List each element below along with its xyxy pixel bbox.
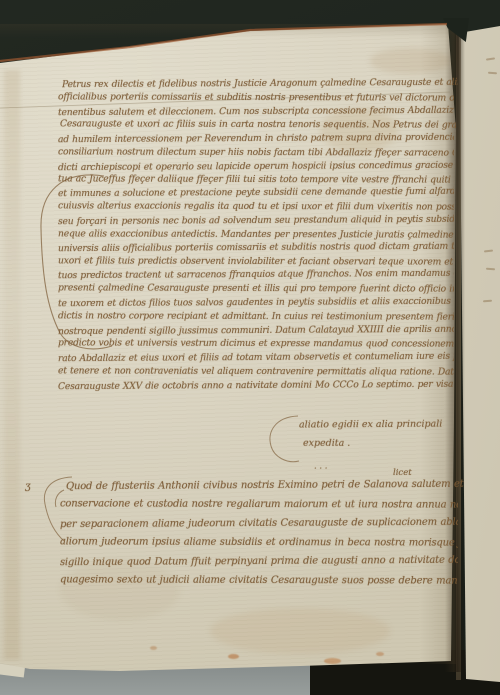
margin-mark: ʒ: [25, 481, 65, 492]
facing-page-ink-trace: [488, 72, 497, 75]
manuscript-line: tua ac Juceffus ffeçer daliique ffeçer f…: [58, 173, 454, 186]
manuscript-line: officialibus porteriis comissariis et su…: [58, 91, 454, 104]
manuscript-line: sigillo inique quod Datum ffuit perpinya…: [60, 554, 458, 569]
manuscript-line: conservacione et custodia nostre regalia…: [60, 497, 458, 511]
manuscript-line: rato Abdallaziz et eius uxori et filiis …: [58, 351, 454, 365]
manuscript-line: Petrus rex dilectis et fidelibus nostris…: [62, 77, 458, 91]
manuscript-line: uxori et filiis tuis predictis observent…: [58, 255, 454, 268]
under-page-edge: [0, 655, 19, 667]
manuscript-line: consiliarium nostrum dilectum super hiis…: [58, 146, 454, 159]
facing-page-ink-trace: [484, 250, 493, 253]
chancery-note-line: expedita .: [303, 438, 463, 451]
desk-surface-gray: [0, 662, 316, 695]
facing-page-ink-trace: [486, 268, 495, 271]
manuscript-line: tuos predictos tractent ut sarracenos ff…: [58, 268, 454, 282]
manuscript-line: nostroque pendenti sigillo jussimus comm…: [58, 324, 454, 338]
ink-dots: · · ·: [314, 463, 354, 475]
chancery-note-line: aliatio egidii ex alia principali: [299, 419, 459, 432]
manuscript-line: ad humilem intercessionem per Reverendum…: [58, 132, 454, 146]
facing-page-ink-trace: [486, 57, 495, 60]
rust-spot: [324, 658, 341, 664]
page-shading: [0, 24, 456, 38]
facing-page-ink-trace: [483, 300, 492, 303]
manuscript-line: et immunes a solucione et prestacione pe…: [58, 186, 454, 200]
manuscript-line: cuiusvis alterius exaccionis regalis ita…: [58, 200, 454, 213]
manuscript-line: te uxorem et dictos filios tuos salvos g…: [58, 296, 454, 310]
interlinear-word: licet: [393, 468, 433, 478]
rust-spot: [150, 646, 157, 650]
manuscript-line: et tenere et non contraveniatis vel aliq…: [58, 365, 454, 378]
book-cover-edge-line: [0, 24, 447, 61]
manuscript-line: aliorum judeorum ipsius aliame subsidiis…: [60, 535, 458, 549]
manuscript-line: presenti çalmedine Cesarauguste presenti…: [58, 282, 454, 295]
manuscript-line: seu forçari in personis nec bonis ad sol…: [58, 214, 454, 228]
paper-stain: [210, 608, 390, 654]
desk-surface-dark: [310, 650, 500, 695]
manuscript-line: universis aliis officialibus porteriis c…: [58, 241, 454, 255]
manuscript-line: per separacionem aliame judeorum civitat…: [60, 516, 458, 531]
manuscript-line: predicto vobis et universis vestrum dici…: [58, 337, 454, 350]
manuscript-line: tenentibus salutem et dileccionem. Cum n…: [58, 105, 454, 119]
rust-spot: [376, 652, 384, 656]
manuscript-line: dictis in nostro corpore recipiant et ad…: [58, 310, 454, 323]
rust-spot: [228, 654, 239, 659]
manuscript-line: Cesarauguste et uxori ac filiis suis in …: [60, 118, 456, 131]
manuscript-line: Cesarauguste XXV die octobris anno a nat…: [58, 379, 454, 393]
manuscript-line: Quod de ffusteriis Anthonii civibus nost…: [66, 478, 464, 493]
manuscript-line: neque aliis exaccionibus antedictis. Man…: [58, 228, 454, 241]
note-flourish: [270, 416, 299, 462]
manuscript-line: dicti archiepiscopi et operario seu lapi…: [58, 160, 454, 174]
photograph-of-manuscript: Petrus rex dilectis et fidelibus nostris…: [0, 0, 500, 695]
manuscript-line: quagesimo sexto ut judicii aliame civita…: [60, 573, 458, 587]
book-gutter-shadow: [443, 18, 469, 42]
under-page-edge: [0, 639, 28, 678]
paper-stain: [4, 70, 20, 660]
paper-stain: [370, 48, 450, 74]
